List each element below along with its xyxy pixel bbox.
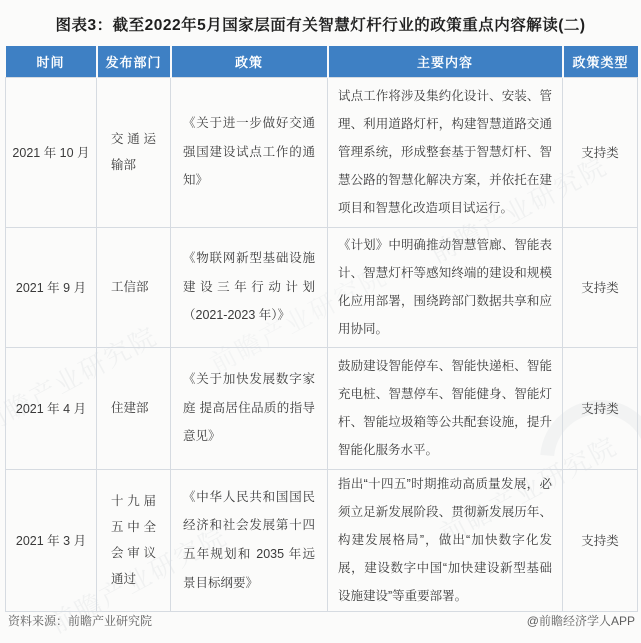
table-row: 2021 年 10 月 交通运输部 《关于进一步做好交通强国建设试点工作的通知》… xyxy=(6,77,638,227)
policy-table: 时间 发布部门 政策 主要内容 政策类型 2021 年 10 月 交通运输部 《… xyxy=(5,46,638,612)
cell-time: 2021 年 9 月 xyxy=(6,227,97,347)
col-header-department: 发布部门 xyxy=(97,46,171,77)
app-credit: @前瞻经济学人APP xyxy=(527,612,635,629)
cell-policy: 《关于加快发展数字家庭 提高居住品质的指导意见》 xyxy=(171,347,328,469)
col-header-main-content: 主要内容 xyxy=(328,46,563,77)
cell-time: 2021 年 10 月 xyxy=(6,77,97,227)
chart-page: 前瞻产业研究院 前瞻产业研究院 前瞻产业研究院 前瞻产业研究院 前瞻产业研究院 … xyxy=(0,0,641,643)
cell-time: 2021 年 4 月 xyxy=(6,347,97,469)
table-row: 2021 年 4 月 住建部 《关于加快发展数字家庭 提高居住品质的指导意见》 … xyxy=(6,347,638,469)
col-header-policy: 政策 xyxy=(171,46,328,77)
table-header-row: 时间 发布部门 政策 主要内容 政策类型 xyxy=(6,46,638,77)
cell-main-content: 鼓励建设智能停车、智能快递柜、智能充电桩、智慧停车、智能健身、智能灯杆、智能垃圾… xyxy=(328,347,563,469)
col-header-policy-type: 政策类型 xyxy=(563,46,638,77)
cell-policy-type: 支持类 xyxy=(563,227,638,347)
cell-policy-type: 支持类 xyxy=(563,469,638,611)
cell-department: 十九届五中全会审议通过 xyxy=(97,469,171,611)
cell-time: 2021 年 3 月 xyxy=(6,469,97,611)
footer: 资料来源：前瞻产业研究院 @前瞻经济学人APP xyxy=(0,612,641,629)
cell-policy: 《物联网新型基础设施建设三年行动计划（2021-2023 年）》 xyxy=(171,227,328,347)
cell-main-content: 指出“十四五”时期推动高质量发展，必须立足新发展阶段、贯彻新发展历年、构建发展格… xyxy=(328,469,563,611)
cell-main-content: 《计划》中明确推动智慧管廊、智能表计、智慧灯杆等感知终端的建设和规模化应用部署，… xyxy=(328,227,563,347)
cell-policy: 《关于进一步做好交通强国建设试点工作的通知》 xyxy=(171,77,328,227)
cell-policy: 《中华人民共和国国民经济和社会发展第十四五年规划和 2035 年远景目标纲要》 xyxy=(171,469,328,611)
source-note: 资料来源：前瞻产业研究院 xyxy=(8,612,152,629)
cell-policy-type: 支持类 xyxy=(563,77,638,227)
cell-department: 住建部 xyxy=(97,347,171,469)
col-header-time: 时间 xyxy=(6,46,97,77)
cell-policy-type: 支持类 xyxy=(563,347,638,469)
cell-department: 交通运输部 xyxy=(97,77,171,227)
cell-department: 工信部 xyxy=(97,227,171,347)
page-title: 图表3：截至2022年5月国家层面有关智慧灯杆行业的政策重点内容解读(二) xyxy=(0,0,641,35)
table-row: 2021 年 9 月 工信部 《物联网新型基础设施建设三年行动计划（2021-2… xyxy=(6,227,638,347)
table-row: 2021 年 3 月 十九届五中全会审议通过 《中华人民共和国国民经济和社会发展… xyxy=(6,469,638,611)
cell-main-content: 试点工作将涉及集约化设计、安装、管理、利用道路灯杆，构建智慧道路交通管理系统，形… xyxy=(328,77,563,227)
